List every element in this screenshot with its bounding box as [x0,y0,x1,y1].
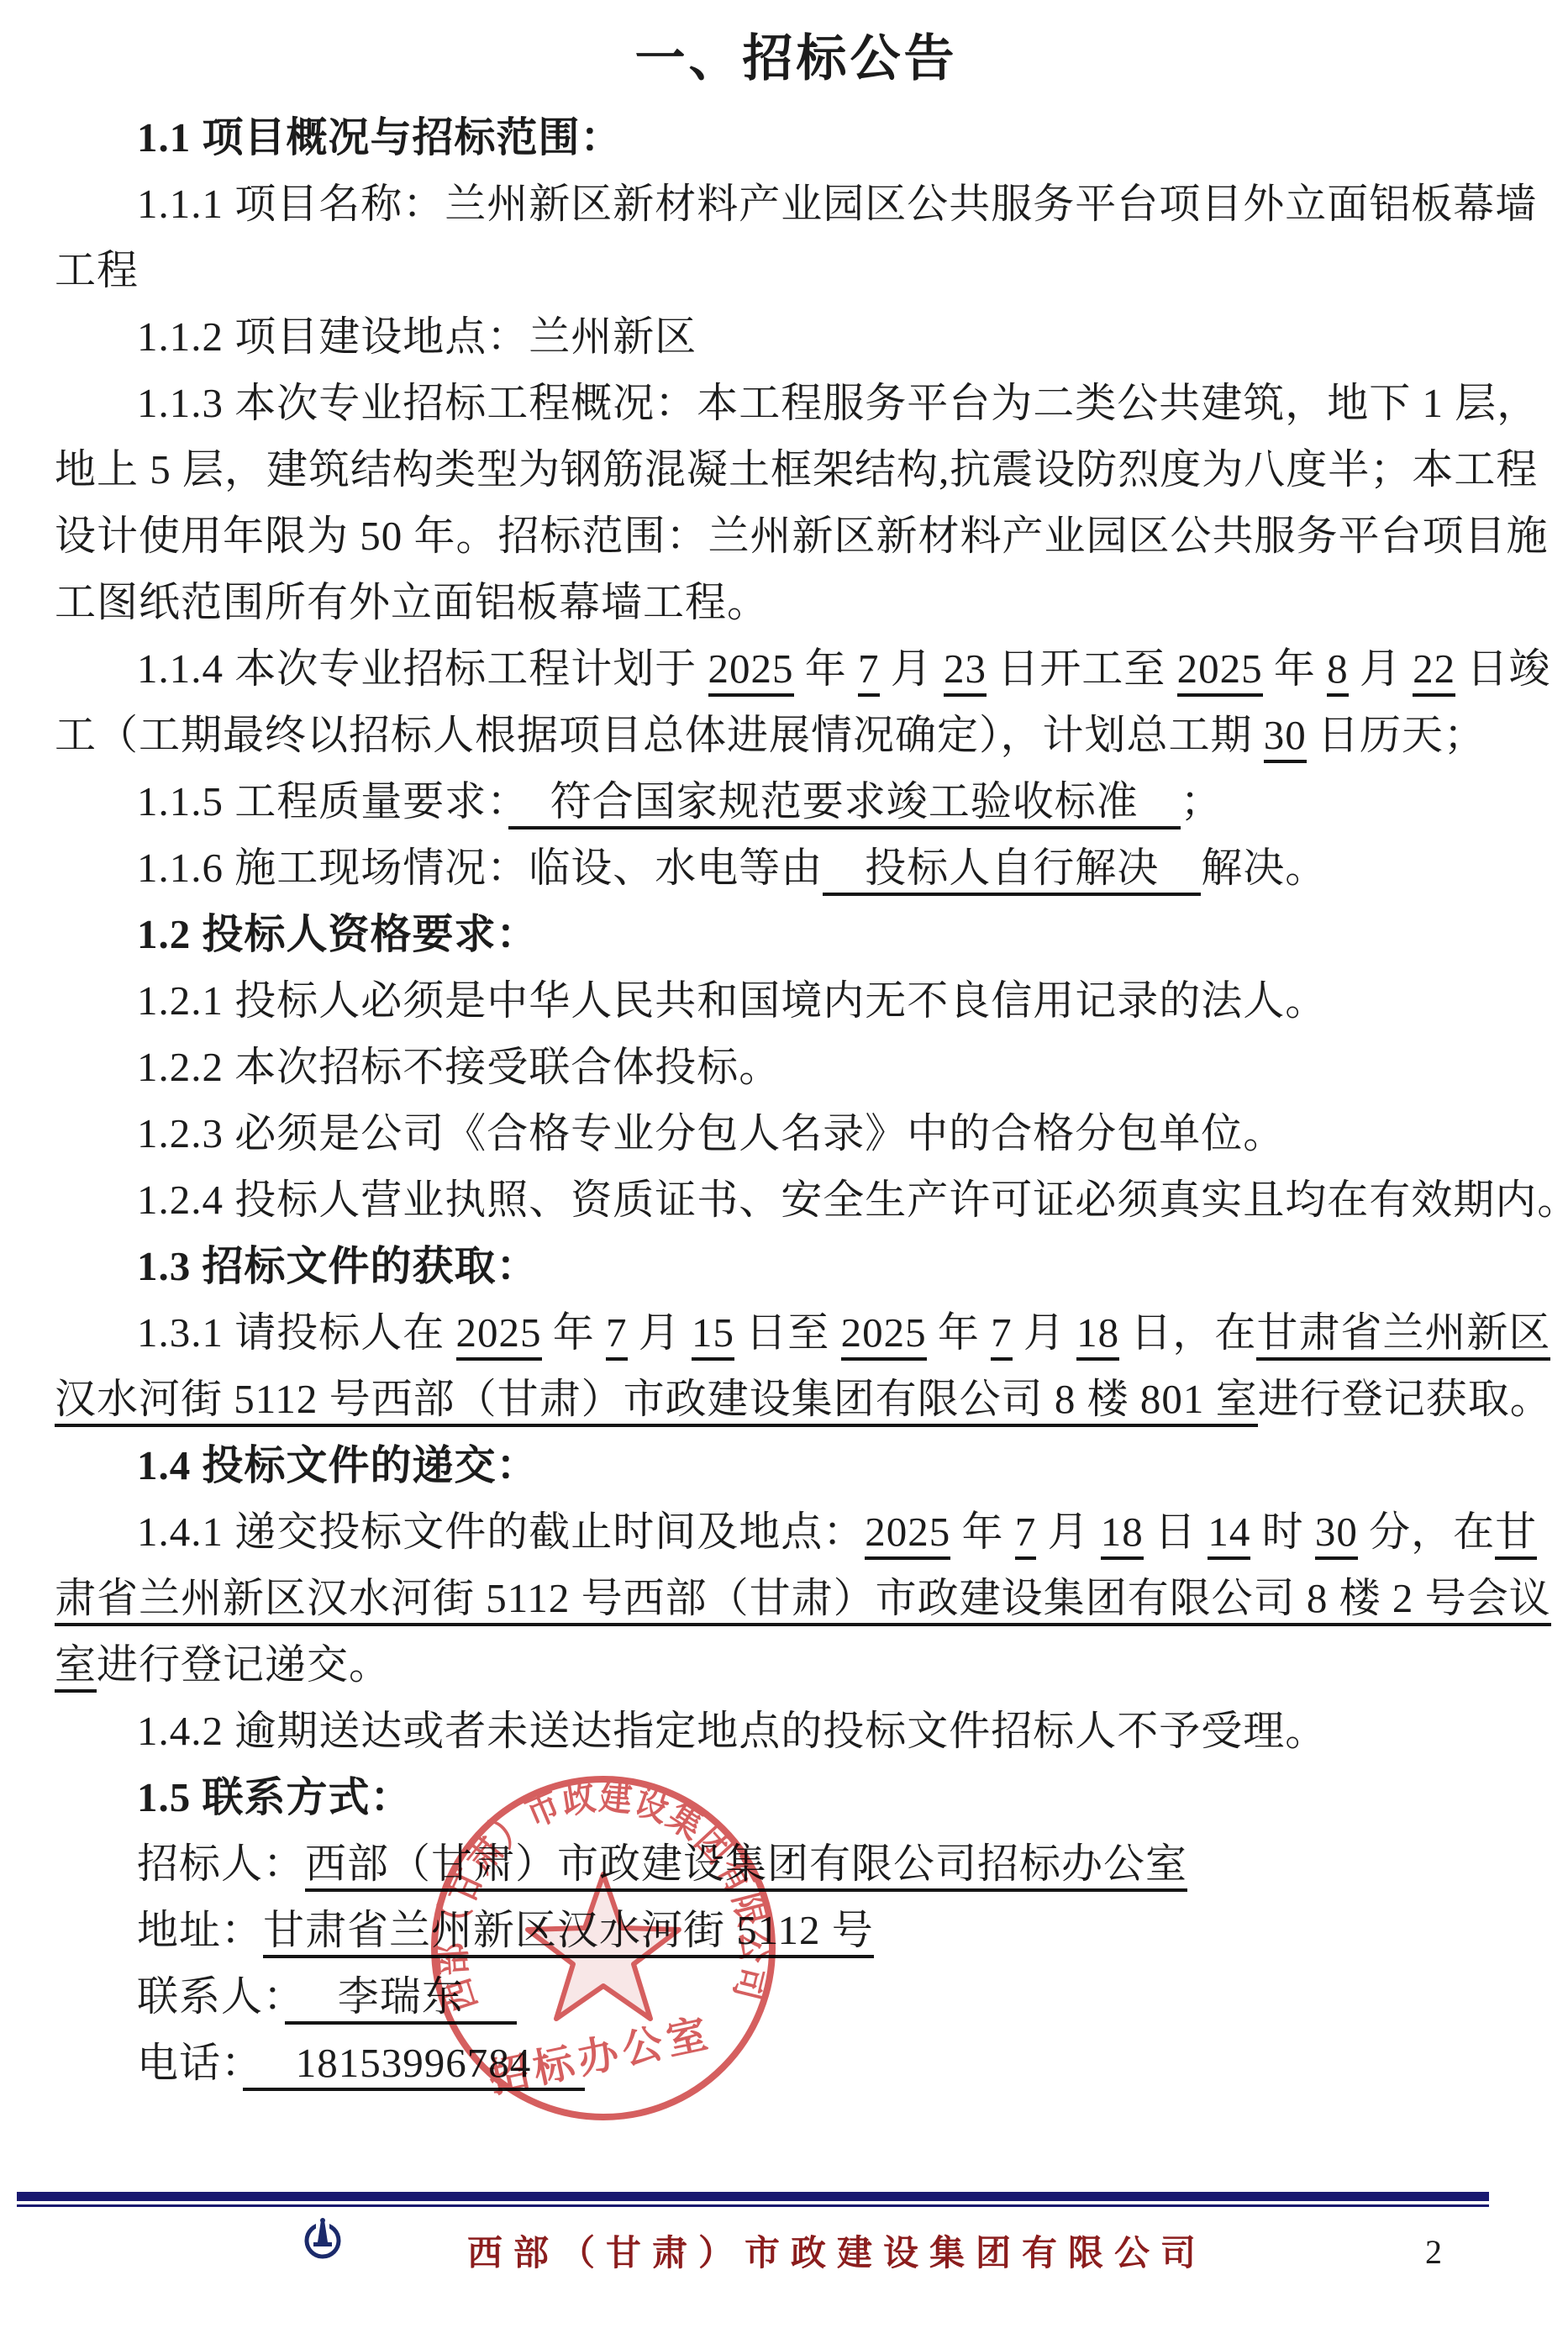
text-line: 1.1 项目概况与招标范围： [55,104,1538,171]
text-line: 1.1.2 项目建设地点：兰州新区 [55,303,1538,370]
text-segment: 日竣 [1455,645,1550,692]
text-segment: 月 [880,645,944,692]
text-line: 1.1.5 工程质量要求： 符合国家规范要求竣工验收标准 ； [55,768,1538,835]
underlined-text: 2025 [841,1309,927,1361]
underlined-text: 23 [944,645,987,697]
text-segment: 1.2.2 本次招标不接受联合体投标。 [137,1044,781,1090]
text-segment: 1.1.1 项目名称：兰州新区新材料产业园区公共服务平台项目外立面铝板幕墙 [137,181,1537,227]
text-line: 1.2.4 投标人营业执照、资质证书、安全生产许可证必须真实且均在有效期内。 [55,1167,1538,1233]
underlined-text: 投标人自行解决 [823,845,1201,896]
text-segment: 月 [628,1309,692,1356]
text-line: 地上 5 层，建筑结构类型为钢筋混凝土框架结构,抗震设防烈度为八度半；本工程 [55,436,1538,503]
underlined-text: 甘肃省兰州新区 [1256,1309,1550,1361]
underlined-text: 符合国家规范要求竣工验收标准 [508,778,1181,830]
underlined-text: 15 [692,1309,734,1361]
company-logo-icon [303,2217,343,2261]
text-segment: 月 [1036,1509,1101,1555]
text-line: 1.3 招标文件的获取： [55,1233,1538,1299]
text-line: 设计使用年限为 50 年。招标范围：兰州新区新材料产业园区公共服务平台项目施 [55,503,1538,569]
text-segment: 1.4.1 递交投标文件的截止时间及地点： [137,1509,865,1555]
underlined-text: 7 [991,1309,1013,1361]
text-segment: 1.1.6 施工现场情况：临设、水电等由 [137,845,823,891]
underlined-text: 2025 [708,645,794,697]
document-title: 一、招标公告 [55,13,1538,104]
text-line: 电话： 18153996784 [55,2030,1538,2096]
text-segment: 日至 [734,1309,841,1356]
text-line: 1.1.3 本次专业招标工程概况：本工程服务平台为二类公共建筑，地下 1 层， [55,370,1538,436]
text-segment: 时 [1250,1509,1315,1555]
underlined-text: 7 [606,1309,628,1361]
body-lines: 1.1 项目概况与招标范围：1.1.1 项目名称：兰州新区新材料产业园区公共服务… [55,104,1538,2096]
text-line: 工程 [55,237,1538,303]
text-line: 联系人： 李瑞东 [55,1963,1538,2030]
text-segment: 招标人： [137,1841,305,1887]
underlined-text: 7 [1015,1509,1037,1560]
text-segment: 分，在 [1358,1509,1495,1555]
text-segment: 进行登记获取。 [1258,1376,1552,1422]
text-segment: 1.2.4 投标人营业执照、资质证书、安全生产许可证必须真实且均在有效期内。 [137,1177,1568,1223]
text-line: 1.1.4 本次专业招标工程计划于 2025 年 7 月 23 日开工至 202… [55,635,1538,702]
text-line: 1.4.2 逾期送达或者未送达指定地点的投标文件招标人不予受理。 [55,1698,1538,1764]
text-line: 1.1.6 施工现场情况：临设、水电等由 投标人自行解决 解决。 [55,835,1538,901]
text-segment: ； [1181,778,1223,824]
underlined-text: 汉水河街 5112 号西部（甘肃）市政建设集团有限公司 8 楼 801 室 [55,1376,1258,1427]
underlined-text: 2025 [865,1509,950,1560]
text-segment: 1.1.2 项目建设地点：兰州新区 [137,313,697,360]
text-segment: 解决。 [1201,845,1327,891]
text-segment: 1.3 招标文件的获取： [137,1243,539,1289]
page-number: 2 [1425,2232,1442,2272]
footer-divider [17,2192,1489,2207]
text-segment: 工程 [55,247,139,293]
text-segment: 1.2 投标人资格要求： [137,911,539,957]
text-segment: 1.1 项目概况与招标范围： [137,114,623,161]
underlined-text: 2025 [1177,645,1263,697]
text-segment: 工图纸范围所有外立面铝板幕墙工程。 [55,579,769,625]
text-segment: 地上 5 层，建筑结构类型为钢筋混凝土框架结构,抗震设防烈度为八度半；本工程 [55,446,1538,492]
company-seal-stamp: 西部（甘肃）市政建设集团有限公司 招标办公室 [429,1773,778,2123]
text-segment: 1.1.3 本次专业招标工程概况：本工程服务平台为二类公共建筑，地下 1 层， [137,380,1539,426]
text-segment: 1.2.1 投标人必须是中华人民共和国境内无不良信用记录的法人。 [137,977,1327,1024]
underlined-text: 甘 [1495,1509,1537,1560]
text-segment: 1.1.5 工程质量要求： [137,778,508,824]
underlined-text: 14 [1208,1509,1250,1560]
underlined-text: 30 [1264,712,1307,763]
document-page: 一、招标公告 1.1 项目概况与招标范围：1.1.1 项目名称：兰州新区新材料产… [0,0,1568,2328]
text-line: 地址：甘肃省兰州新区汉水河街 5112 号 [55,1897,1538,1963]
text-segment: 1.2.3 必须是公司《合格专业分包人名录》中的合格分包单位。 [137,1110,1285,1156]
text-segment: 年 [794,645,859,692]
text-segment: 工（工期最终以招标人根据项目总体进展情况确定），计划总工期 [55,712,1264,758]
text-segment: 1.4.2 逾期送达或者未送达指定地点的投标文件招标人不予受理。 [137,1708,1327,1754]
text-segment: 年 [927,1309,992,1356]
text-segment: 进行登记递交。 [97,1641,391,1688]
seal-bottom-text: 招标办公室 [485,2011,716,2102]
underlined-text: 22 [1413,645,1455,697]
underlined-text: 30 [1315,1509,1358,1560]
underlined-text: 室 [55,1641,97,1693]
text-segment: 日，在 [1119,1309,1256,1356]
text-line: 1.4.1 递交投标文件的截止时间及地点：2025 年 7 月 18 日 14 … [55,1498,1538,1565]
text-line: 1.5 联系方式： [55,1764,1538,1830]
text-segment: 1.5 联系方式： [137,1774,413,1820]
text-segment: 月 [1013,1309,1077,1356]
text-segment: 日 [1144,1509,1208,1555]
text-segment: 日开工至 [987,645,1177,692]
underlined-text: 2025 [456,1309,542,1361]
text-segment: 1.3.1 请投标人在 [137,1309,456,1356]
text-segment: 年 [1263,645,1328,692]
underlined-text: 肃省兰州新区汉水河街 5112 号西部（甘肃）市政建设集团有限公司 8 楼 2 … [55,1575,1551,1626]
text-line: 招标人：西部（甘肃）市政建设集团有限公司招标办公室 [55,1830,1538,1897]
footer-company-name: 西部（甘肃）市政建设集团有限公司 [467,2225,1207,2276]
underlined-text: 18 [1101,1509,1144,1560]
text-segment: 月 [1349,645,1413,692]
text-line: 1.2 投标人资格要求： [55,901,1538,967]
underlined-text: 7 [858,645,880,697]
underlined-text: 18 [1076,1309,1119,1361]
text-line: 1.2.2 本次招标不接受联合体投标。 [55,1034,1538,1100]
text-line: 1.1.1 项目名称：兰州新区新材料产业园区公共服务平台项目外立面铝板幕墙 [55,171,1538,237]
text-line: 室进行登记递交。 [55,1631,1538,1698]
text-segment: 设计使用年限为 50 年。招标范围：兰州新区新材料产业园区公共服务平台项目施 [55,513,1549,559]
text-segment: 日历天； [1307,712,1486,758]
text-line: 汉水河街 5112 号西部（甘肃）市政建设集团有限公司 8 楼 801 室进行登… [55,1366,1538,1432]
text-segment: 1.4 投标文件的递交： [137,1442,539,1488]
text-segment: 电话： [137,2040,243,2086]
text-segment: 地址： [137,1907,263,1953]
underlined-text: 8 [1327,645,1349,697]
text-line: 1.4 投标文件的递交： [55,1432,1538,1498]
text-segment: 联系人： [137,1973,285,2020]
text-segment: 1.1.4 本次专业招标工程计划于 [137,645,708,692]
text-segment: 年 [950,1509,1015,1555]
text-line: 1.3.1 请投标人在 2025 年 7 月 15 日至 2025 年 7 月 … [55,1299,1538,1366]
text-line: 1.2.3 必须是公司《合格专业分包人名录》中的合格分包单位。 [55,1100,1538,1167]
document-content: 一、招标公告 1.1 项目概况与招标范围：1.1.1 项目名称：兰州新区新材料产… [0,0,1568,2096]
text-line: 1.2.1 投标人必须是中华人民共和国境内无不良信用记录的法人。 [55,967,1538,1034]
text-line: 肃省兰州新区汉水河街 5112 号西部（甘肃）市政建设集团有限公司 8 楼 2 … [55,1565,1538,1631]
text-segment: 年 [542,1309,607,1356]
text-line: 工（工期最终以招标人根据项目总体进展情况确定），计划总工期 30 日历天； [55,702,1538,768]
seal-star-icon [528,1874,679,2019]
text-line: 工图纸范围所有外立面铝板幕墙工程。 [55,569,1538,635]
